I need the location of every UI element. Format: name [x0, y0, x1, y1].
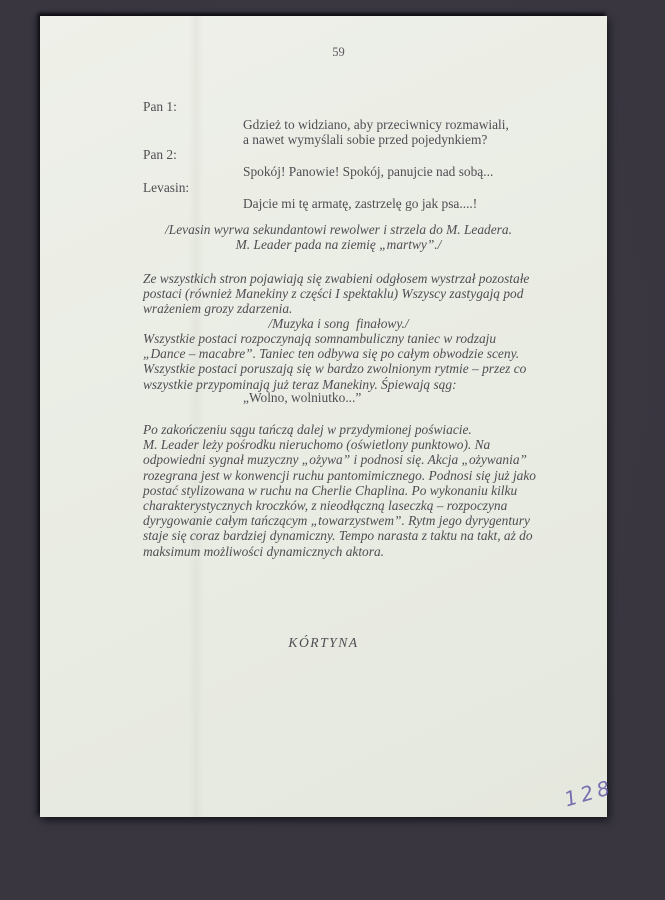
speaker-label-levasin: Levasin: [143, 180, 189, 195]
stage-direction-dance: Wszystkie postaci rozpoczynają somnambul… [143, 331, 526, 392]
stage-direction-finale: Po zakończeniu sągu tańczą dalej w przyd… [143, 422, 536, 559]
stage-direction-crowd: Ze wszystkich stron pojawiają się zwabie… [143, 271, 529, 317]
speaker-label-pan1: Pan 1: [143, 99, 177, 114]
dialogue-line-pan1: Gdzież to widziano, aby przeciwnicy rozm… [243, 117, 509, 147]
page-number: 59 [40, 45, 607, 60]
scan-streak [188, 16, 204, 817]
song-quote: „Wolno, wolniutko...” [243, 390, 361, 405]
script-page: 59 Pan 1: Gdzież to widziano, aby przeci… [40, 16, 607, 817]
scanner-background: 59 Pan 1: Gdzież to widziano, aby przeci… [0, 0, 665, 900]
dialogue-line-pan2: Spokój! Panowie! Spokój, panujcie nad so… [243, 164, 493, 179]
stage-direction-music: /Muzyka i song finałowy./ [40, 316, 607, 331]
stage-direction-shooting: /Levasin wyrwa sekundantowi rewolwer i s… [40, 222, 607, 252]
curtain-label: KÓRTYNA [40, 635, 607, 650]
handwritten-page-mark: 128 [563, 779, 615, 807]
speaker-label-pan2: Pan 2: [143, 147, 177, 162]
dialogue-line-levasin: Dajcie mi tę armatę, zastrzelę go jak ps… [243, 196, 477, 211]
